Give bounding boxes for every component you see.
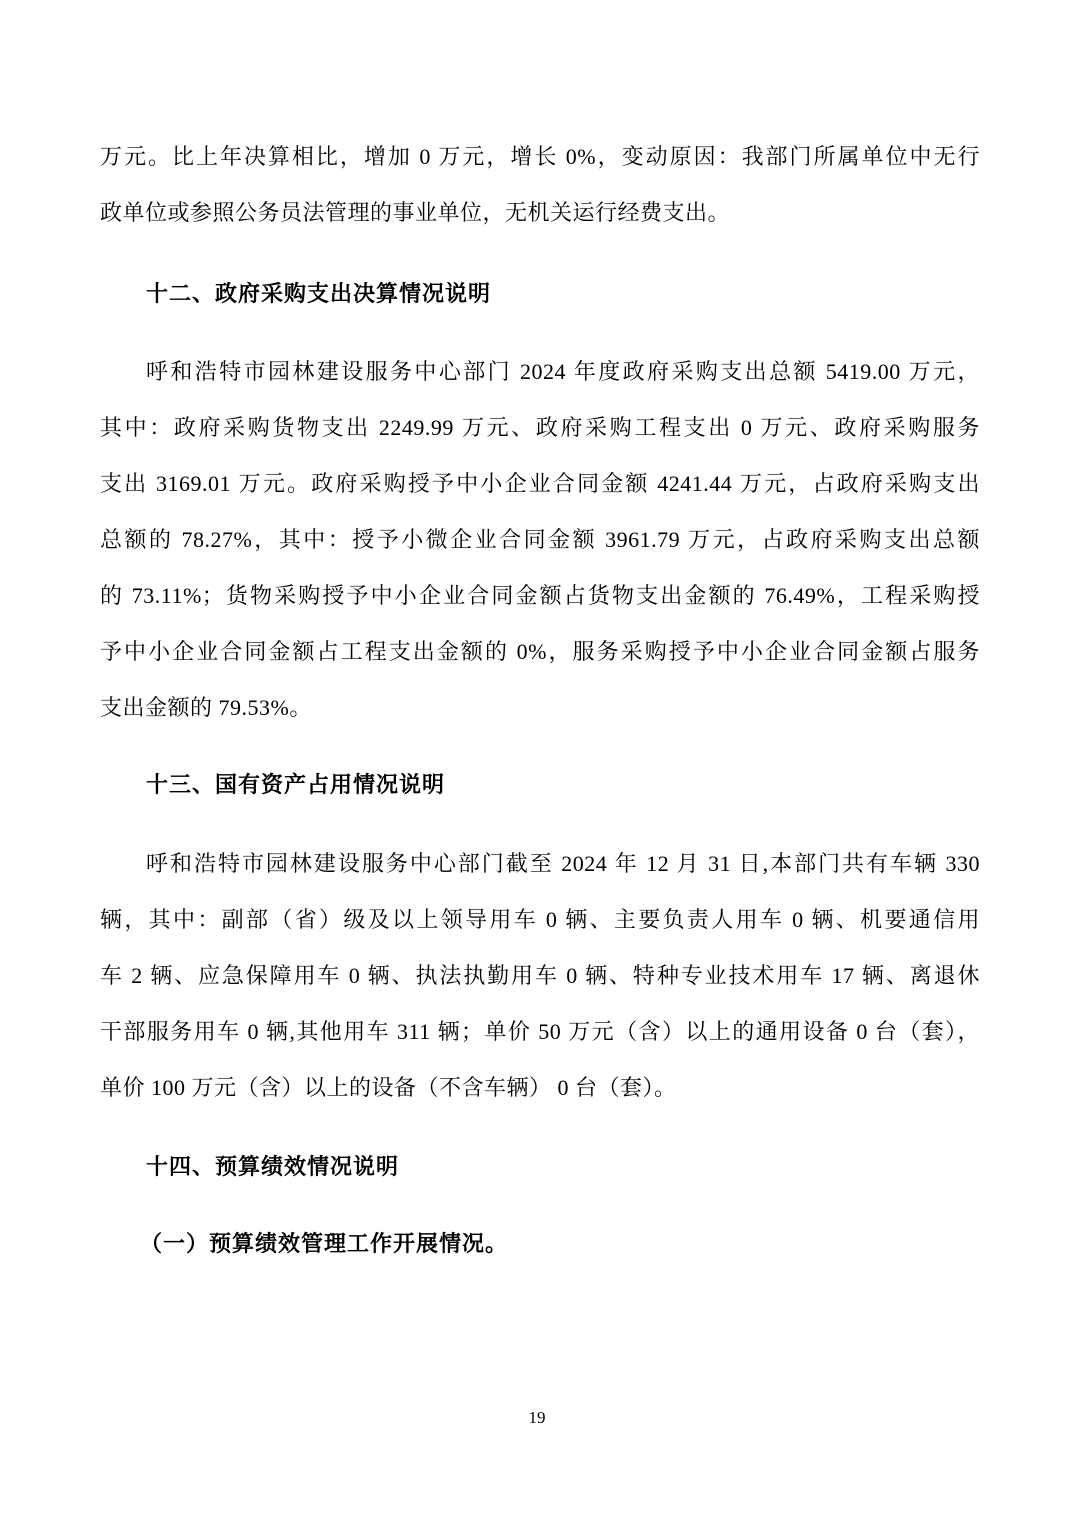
section-13-heading: 十三、国有资产占用情况说明 bbox=[100, 757, 980, 813]
text-line: 支出金额的 79.53%。 bbox=[100, 680, 980, 736]
text-line: 车 2 辆、应急保障用车 0 辆、执法执勤用车 0 辆、特种专业技术用车 17 … bbox=[100, 948, 980, 1004]
text-line: 呼和浩特市园林建设服务中心部门截至 2024 年 12 月 31 日,本部门共有… bbox=[100, 836, 980, 892]
document-page: 万元。比上年决算相比，增加 0 万元，增长 0%，变动原因：我部门所属单位中无行… bbox=[0, 0, 1074, 1520]
text-line: 政单位或参照公务员法管理的事业单位，无机关运行经费支出。 bbox=[100, 185, 980, 241]
text-line: 总额的 78.27%，其中：授予小微企业合同金额 3961.79 万元，占政府采… bbox=[100, 512, 980, 568]
section-12-paragraph: 呼和浩特市园林建设服务中心部门 2024 年度政府采购支出总额 5419.00 … bbox=[100, 344, 980, 736]
text-line: 呼和浩特市园林建设服务中心部门 2024 年度政府采购支出总额 5419.00 … bbox=[100, 344, 980, 400]
section-12-heading: 十二、政府采购支出决算情况说明 bbox=[100, 266, 980, 322]
paragraph-admin-expense-continuation: 万元。比上年决算相比，增加 0 万元，增长 0%，变动原因：我部门所属单位中无行… bbox=[100, 129, 980, 241]
text-line: 予中小企业合同金额占工程支出金额的 0%，服务采购授予中小企业合同金额占服务 bbox=[100, 624, 980, 680]
text-line: 单价 100 万元（含）以上的设备（不含车辆） 0 台（套）。 bbox=[100, 1060, 980, 1116]
text-line: 支出 3169.01 万元。政府采购授予中小企业合同金额 4241.44 万元，… bbox=[100, 456, 980, 512]
section-13-paragraph: 呼和浩特市园林建设服务中心部门截至 2024 年 12 月 31 日,本部门共有… bbox=[100, 836, 980, 1116]
text-line: 的 73.11%；货物采购授予中小企业合同金额占货物支出金额的 76.49%，工… bbox=[100, 568, 980, 624]
text-line: 干部服务用车 0 辆,其他用车 311 辆；单价 50 万元（含）以上的通用设备… bbox=[100, 1004, 980, 1060]
page-number: 19 bbox=[0, 1406, 1074, 1430]
text-line: 其中：政府采购货物支出 2249.99 万元、政府采购工程支出 0 万元、政府采… bbox=[100, 400, 980, 456]
section-14-subheading: （一）预算绩效管理工作开展情况。 bbox=[100, 1216, 980, 1272]
text-line: 万元。比上年决算相比，增加 0 万元，增长 0%，变动原因：我部门所属单位中无行 bbox=[100, 129, 980, 185]
text-line: 辆，其中：副部（省）级及以上领导用车 0 辆、主要负责人用车 0 辆、机要通信用 bbox=[100, 892, 980, 948]
section-14-heading: 十四、预算绩效情况说明 bbox=[100, 1139, 980, 1195]
